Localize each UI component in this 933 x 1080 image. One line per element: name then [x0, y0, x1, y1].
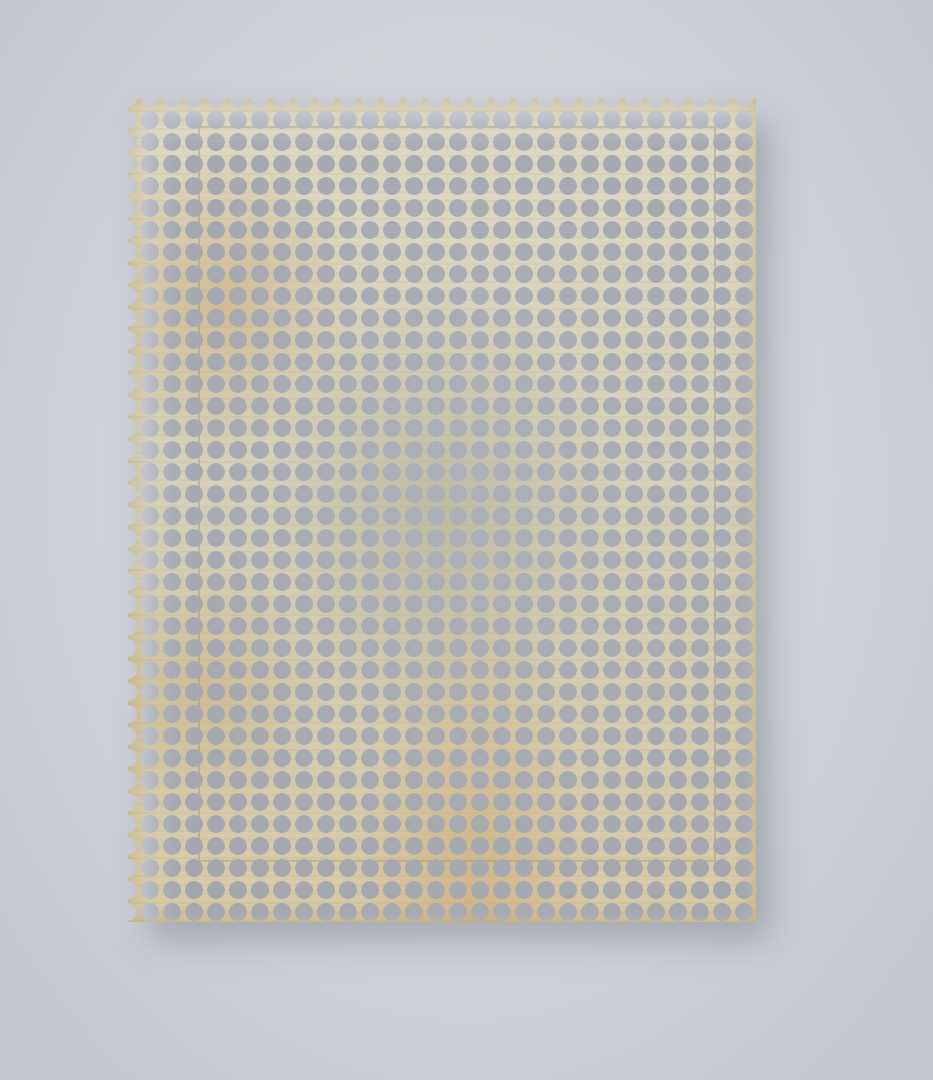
postage-stamp-back [128, 98, 756, 922]
stamp-edge-toning [128, 98, 756, 922]
